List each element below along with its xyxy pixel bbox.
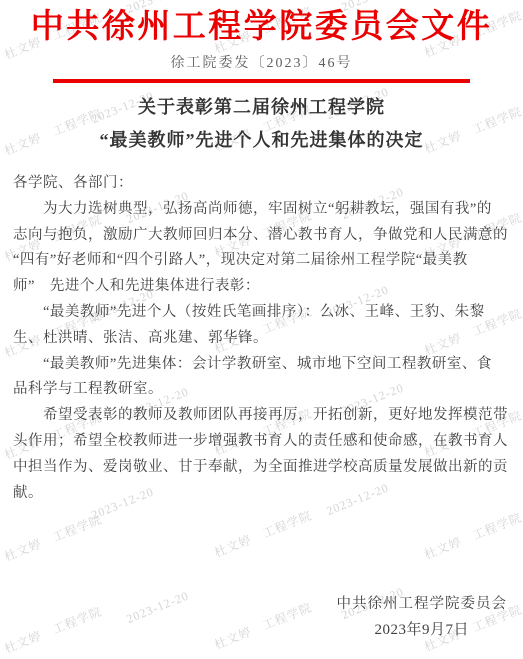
document-body: 各学院、各部门： 为大力选树典型，弘扬高尚师德，牢固树立“躬耕教坛，强国有我”的… [0, 171, 523, 506]
document-number: 徐工院委发〔2023〕46号 [0, 54, 523, 74]
body-line: “四有”好老师和“四个引路人”，现决定对第二届徐州工程学院“最美教 [13, 248, 510, 274]
body-line: 志向与抱负，激励广大教师回归本分、潜心教书育人，争做党和人民满意的 [13, 223, 510, 249]
body-line-individual-awards: “最美教师”先进个人（按姓氏笔画排序）：么冰、王峰、王豹、朱黎 [13, 300, 510, 326]
body-line-group-awards: 品科学与工程教研室。 [13, 377, 510, 403]
red-header-title: 中共徐州工程学院委员会文件 [0, 0, 523, 48]
document-title-line2: “最美教师”先进个人和先进集体的决定 [0, 124, 523, 157]
body-line: 中担当作为、爱岗敬业、甘于奉献，为全面推进学校高质量发展做出新的贡 [13, 455, 510, 481]
signature-organization: 中共徐州工程学院委员会 [337, 591, 508, 617]
body-line: 希望受表彰的教师及教师团队再接再厉，开拓创新，更好地发挥模范带 [13, 403, 510, 429]
body-line: 为大力选树典型，弘扬高尚师德，牢固树立“躬耕教坛，强国有我”的 [13, 197, 510, 223]
body-line: 师” 先进个人和先进集体进行表彰： [13, 274, 510, 300]
body-line: 头作用；希望全校教师进一步增强教书育人的责任感和使命感，在教书育人 [13, 429, 510, 455]
body-line-group-awards: “最美教师”先进集体：会计学教研室、城市地下空间工程教研室、食 [13, 352, 510, 378]
document-title: 关于表彰第二届徐州工程学院 “最美教师”先进个人和先进集体的决定 [0, 91, 523, 157]
document-title-line1: 关于表彰第二届徐州工程学院 [0, 91, 523, 124]
signature-block: 中共徐州工程学院委员会 2023年9月7日 [337, 591, 508, 643]
body-line-individual-awards: 生、杜洪晴、张洁、高兆建、郭华锋。 [13, 326, 510, 352]
body-line-salutation: 各学院、各部门： [13, 171, 510, 197]
document-content: 中共徐州工程学院委员会文件 徐工院委发〔2023〕46号 关于表彰第二届徐州工程… [0, 0, 523, 643]
signature-date: 2023年9月7日 [374, 617, 469, 643]
red-divider-line [53, 79, 470, 83]
body-line: 献。 [13, 481, 510, 507]
document-page: 2023-12-202023-12-20杜文婷 工程学院杜文婷 工程学院杜文婷 … [0, 0, 523, 659]
